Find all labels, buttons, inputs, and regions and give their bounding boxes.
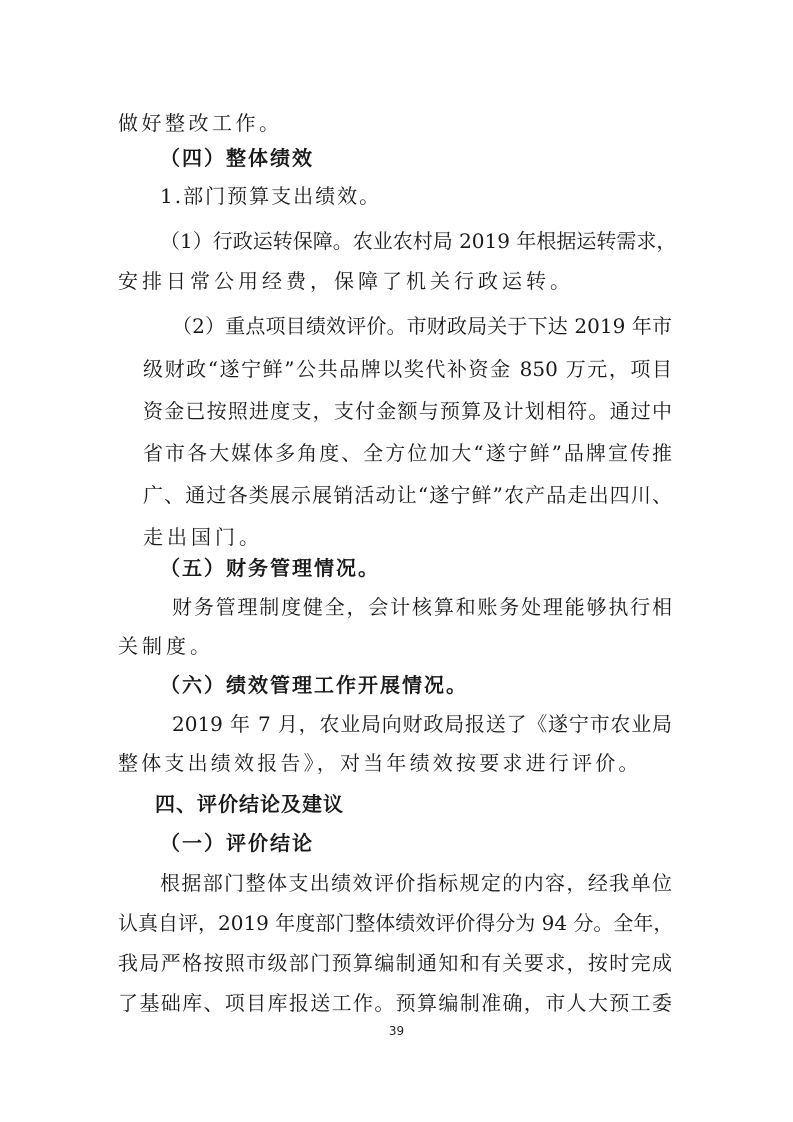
- paragraph-line: 根据部门整体支出绩效评价指标规定的内容，经我单位: [160, 870, 672, 896]
- section-heading-evaluation-conclusion: （一）评价结论: [160, 830, 314, 856]
- paragraph-line: 财务管理制度健全，会计核算和账务处理能够执行相: [172, 594, 672, 620]
- paragraph-line: 级财政“遂宁鲜”公共品牌以奖代补资金 850 万元，项目: [143, 356, 672, 382]
- paragraph-line: 安排日常公用经费，保障了机关行政运转。: [118, 268, 574, 294]
- chapter-heading-conclusions: 四、评价结论及建议: [155, 791, 344, 817]
- paragraph-line: （2）重点项目绩效评价。市财政局关于下达 2019 年市: [172, 313, 672, 339]
- section-heading-overall-performance: （四）整体绩效: [160, 145, 314, 171]
- paragraph-line: 2019 年 7 月，农业局向财政局报送了《遂宁市农业局: [172, 711, 672, 737]
- subsection-heading-budget-performance: 1.部门预算支出绩效。: [160, 183, 381, 209]
- paragraph-line: 广、通过各类展示展销活动让“遂宁鲜”农产品走出四川、: [143, 482, 672, 508]
- section-heading-financial-management: （五）财务管理情况。: [160, 555, 380, 581]
- paragraph-line: 资金已按照进度支，支付金额与预算及计划相符。通过中: [143, 398, 672, 424]
- paragraph-line: 整体支出绩效报告》，对当年绩效按要求进行评价。: [118, 750, 642, 776]
- paragraph-line: 省市各大媒体多角度、全方位加大“遂宁鲜”品牌宣传推: [143, 440, 672, 466]
- paragraph-line: 了基础库、项目库报送工作。预算编制准确，市人大预工委: [118, 990, 672, 1016]
- paragraph-line: 走出国门。: [143, 524, 263, 550]
- section-heading-performance-management: （六）绩效管理工作开展情况。: [160, 672, 468, 698]
- document-page: 做好整改工作。 （四）整体绩效 1.部门预算支出绩效。 （1）行政运转保障。农业…: [0, 0, 793, 1122]
- paragraph-line: 关制度。: [118, 633, 214, 659]
- paragraph-line: 我局严格按照市级部门预算编制通知和有关要求，按时完成: [118, 950, 672, 976]
- paragraph-line: （1）行政运转保障。农业农村局 2019 年根据运转需求，: [160, 228, 672, 254]
- paragraph-line: 认真自评，2019 年度部门整体绩效评价得分为 94 分。全年，: [118, 910, 672, 936]
- page-number: 39: [380, 1024, 413, 1038]
- paragraph-line: 做好整改工作。: [118, 110, 283, 136]
